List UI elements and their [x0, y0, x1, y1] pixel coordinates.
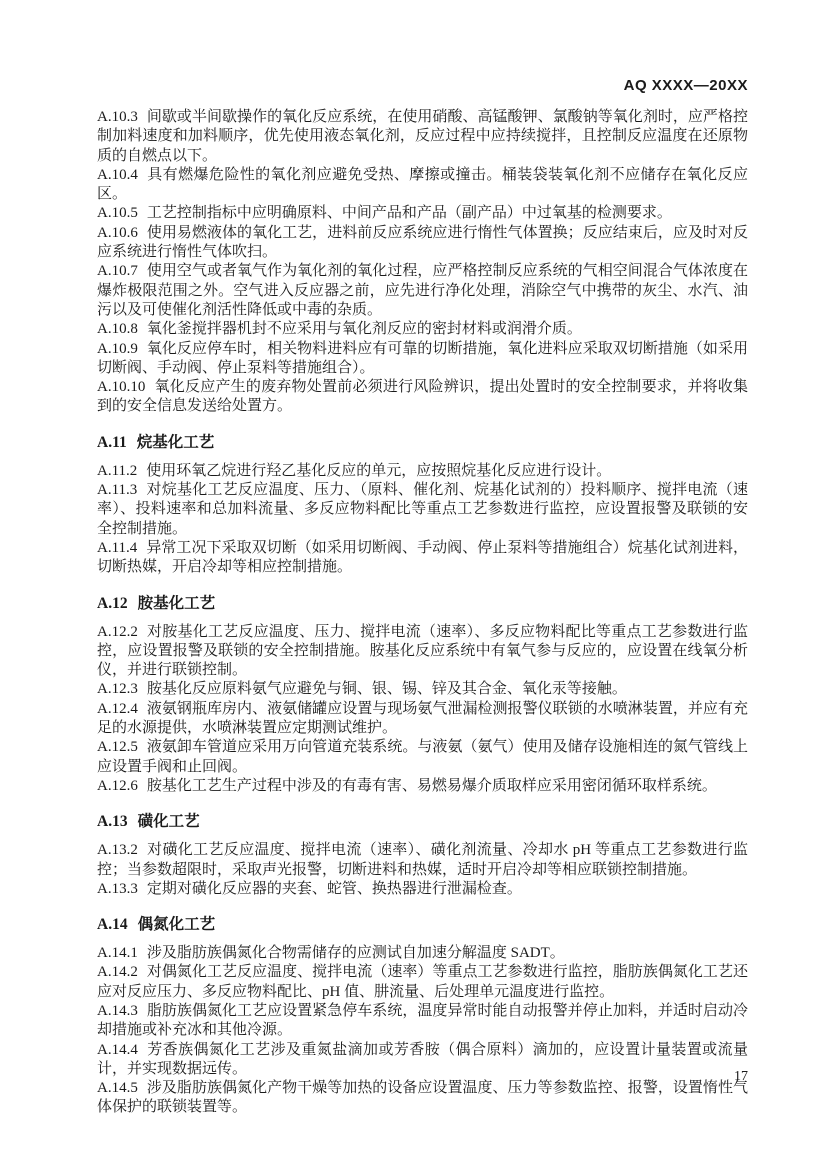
clause-number: A.12.3: [97, 681, 147, 697]
clause-paragraph: A.14.3脂肪族偶氮化工艺应设置紧急停车系统，温度异常时能自动报警并停止加料，…: [97, 1002, 748, 1041]
clause-paragraph: A.10.8氧化釜搅拌器机封不应采用与氧化剂反应的密封材料或润滑介质。: [97, 320, 748, 339]
clause-paragraph: A.12.4液氨钢瓶库房内、液氨储罐应设置与现场氨气泄漏检测报警仪联锁的水喷淋装…: [97, 700, 748, 739]
page-number: 17: [97, 1068, 748, 1086]
document-code-header: AQ XXXX—20XX: [97, 76, 748, 95]
section-heading-number: A.12: [97, 595, 138, 612]
section-heading-title: 偶氮化工艺: [138, 916, 216, 933]
clause-text: 对胺基化工艺反应温度、压力、搅拌电流（速率）、多反应物料配比等重点工艺参数进行监…: [97, 624, 748, 679]
clause-text: 对烷基化工艺反应温度、压力、（原料、催化剂、烷基化试剂的）投料顺序、搅拌电流（速…: [97, 482, 748, 537]
clause-paragraph: A.11.3对烷基化工艺反应温度、压力、（原料、催化剂、烷基化试剂的）投料顺序、…: [97, 481, 748, 539]
clause-number: A.14.2: [97, 964, 147, 980]
clause-paragraph: A.13.3定期对磺化反应器的夹套、蛇管、换热器进行泄漏检查。: [97, 880, 748, 899]
section-heading: A.12胺基化工艺: [97, 594, 748, 614]
clause-text: 定期对磺化反应器的夹套、蛇管、换热器进行泄漏检查。: [147, 881, 522, 897]
clause-text: 对磺化工艺反应温度、搅拌电流（速率）、磺化剂流量、冷却水 pH 等重点工艺参数进…: [97, 842, 748, 877]
clause-number: A.13.3: [97, 881, 147, 897]
clause-text: 胺基化反应原料氨气应避免与铜、银、锡、锌及其合金、氧化汞等接触。: [147, 681, 627, 697]
clause-number: A.14.3: [97, 1003, 147, 1019]
section-heading-number: A.13: [97, 813, 138, 830]
clause-paragraph: A.12.6胺基化工艺生产过程中涉及的有毒有害、易燃易爆介质取样应采用密闭循环取…: [97, 777, 748, 796]
clause-text: 氧化釜搅拌器机封不应采用与氧化剂反应的密封材料或润滑介质。: [147, 321, 582, 337]
clause-number: A.10.3: [97, 109, 147, 125]
section-heading: A.14偶氮化工艺: [97, 915, 748, 935]
clause-number: A.12.2: [97, 624, 147, 640]
document-page: AQ XXXX—20XX A.10.3间歇或半间歇操作的氧化反应系统，在使用硝酸…: [0, 0, 827, 1170]
clause-number: A.11.4: [97, 540, 146, 556]
clause-paragraph: A.13.2对磺化工艺反应温度、搅拌电流（速率）、磺化剂流量、冷却水 pH 等重…: [97, 841, 748, 880]
clause-number: A.11.3: [97, 482, 146, 498]
clause-number: A.10.8: [97, 321, 147, 337]
clause-number: A.10.10: [97, 379, 154, 395]
clause-text: 脂肪族偶氮化工艺应设置紧急停车系统，温度异常时能自动报警并停止加料，并适时启动冷…: [97, 1003, 748, 1038]
section-heading: A.13磺化工艺: [97, 812, 748, 832]
clause-text: 涉及脂肪族偶氮化合物需储存的应测试自加速分解温度 SADT。: [147, 945, 565, 961]
clause-paragraph: A.12.5液氨卸车管道应采用万向管道充装系统。与液氨（氨气）使用及储存设施相连…: [97, 738, 748, 777]
clause-number: A.10.9: [97, 341, 147, 357]
clause-text: 使用易燃液体的氧化工艺，进料前反应系统应进行惰性气体置换；反应结束后，应及时对反…: [97, 225, 748, 260]
clause-text: 对偶氮化工艺反应温度、搅拌电流（速率）等重点工艺参数进行监控，脂肪族偶氮化工艺还…: [97, 964, 748, 999]
clause-text: 异常工况下采取双切断（如采用切断阀、手动阀、停止泵料等措施组合）烷基化试剂进料，…: [97, 540, 748, 575]
clause-text: 使用环氧乙烷进行羟乙基化反应的单元，应按照烷基化反应进行设计。: [146, 463, 611, 479]
clause-text: 使用空气或者氧气作为氧化剂的氧化过程，应严格控制反应系统的气相空间混合气体浓度在…: [97, 263, 748, 318]
clause-paragraph: A.14.1涉及脂肪族偶氮化合物需储存的应测试自加速分解温度 SADT。: [97, 944, 748, 963]
clause-paragraph: A.10.5工艺控制指标中应明确原料、中间产品和产品（副产品）中过氧基的检测要求…: [97, 204, 748, 223]
section-heading: A.11烷基化工艺: [97, 433, 748, 453]
clause-number: A.10.7: [97, 263, 147, 279]
clause-paragraph: A.14.2对偶氮化工艺反应温度、搅拌电流（速率）等重点工艺参数进行监控，脂肪族…: [97, 963, 748, 1002]
clause-number: A.10.6: [97, 225, 147, 241]
clause-paragraph: A.10.3间歇或半间歇操作的氧化反应系统，在使用硝酸、高锰酸钾、氯酸钠等氧化剂…: [97, 108, 748, 166]
clause-paragraph: A.10.7使用空气或者氧气作为氧化剂的氧化过程，应严格控制反应系统的气相空间混…: [97, 262, 748, 320]
clause-paragraph: A.11.2使用环氧乙烷进行羟乙基化反应的单元，应按照烷基化反应进行设计。: [97, 462, 748, 481]
section-heading-number: A.11: [97, 434, 137, 451]
document-content: AQ XXXX—20XX A.10.3间歇或半间歇操作的氧化反应系统，在使用硝酸…: [97, 76, 748, 1118]
clause-number: A.10.5: [97, 205, 147, 221]
clause-number: A.13.2: [97, 842, 147, 858]
clause-number: A.12.5: [97, 739, 147, 755]
section-heading-title: 胺基化工艺: [138, 595, 216, 612]
clause-number: A.12.4: [97, 701, 147, 717]
clause-paragraph: A.10.4具有燃爆危险性的氧化剂应避免受热、摩擦或撞击。桶装袋装氧化剂不应储存…: [97, 166, 748, 205]
clause-text: 胺基化工艺生产过程中涉及的有毒有害、易燃易爆介质取样应采用密闭循环取样系统。: [147, 778, 717, 794]
clause-text: 液氨钢瓶库房内、液氨储罐应设置与现场氨气泄漏检测报警仪联锁的水喷淋装置，并应有充…: [97, 701, 748, 736]
section-heading-number: A.14: [97, 916, 138, 933]
clause-number: A.14.1: [97, 945, 147, 961]
clause-text: 氧化反应产生的废弃物处置前必须进行风险辨识，提出处置时的安全控制要求，并将收集到…: [97, 379, 748, 414]
clause-number: A.12.6: [97, 778, 147, 794]
clause-text: 工艺控制指标中应明确原料、中间产品和产品（副产品）中过氧基的检测要求。: [147, 205, 672, 221]
clause-paragraph: A.11.4异常工况下采取双切断（如采用切断阀、手动阀、停止泵料等措施组合）烷基…: [97, 539, 748, 578]
section-heading-title: 烷基化工艺: [137, 434, 215, 451]
clause-text: 具有燃爆危险性的氧化剂应避免受热、摩擦或撞击。桶装袋装氧化剂不应储存在氧化反应区…: [97, 167, 748, 202]
clause-text: 间歇或半间歇操作的氧化反应系统，在使用硝酸、高锰酸钾、氯酸钠等氧化剂时，应严格控…: [97, 109, 748, 164]
clause-paragraph: A.10.6使用易燃液体的氧化工艺，进料前反应系统应进行惰性气体置换；反应结束后…: [97, 224, 748, 263]
clause-paragraph: A.12.3胺基化反应原料氨气应避免与铜、银、锡、锌及其合金、氧化汞等接触。: [97, 680, 748, 699]
clause-number: A.11.2: [97, 463, 146, 479]
clause-number: A.10.4: [97, 167, 147, 183]
clause-number: A.14.4: [97, 1042, 147, 1058]
clause-paragraph: A.10.10氧化反应产生的废弃物处置前必须进行风险辨识，提出处置时的安全控制要…: [97, 378, 748, 417]
sections-container: A.10.3间歇或半间歇操作的氧化反应系统，在使用硝酸、高锰酸钾、氯酸钠等氧化剂…: [97, 108, 748, 1118]
clause-text: 氧化反应停车时，相关物料进料应有可靠的切断措施，氧化进料应采取双切断措施（如采用…: [97, 341, 748, 376]
section-heading-title: 磺化工艺: [138, 813, 200, 830]
clause-paragraph: A.12.2对胺基化工艺反应温度、压力、搅拌电流（速率）、多反应物料配比等重点工…: [97, 623, 748, 681]
clause-text: 液氨卸车管道应采用万向管道充装系统。与液氨（氨气）使用及储存设施相连的氮气管线上…: [97, 739, 748, 774]
clause-paragraph: A.10.9氧化反应停车时，相关物料进料应有可靠的切断措施，氧化进料应采取双切断…: [97, 340, 748, 379]
